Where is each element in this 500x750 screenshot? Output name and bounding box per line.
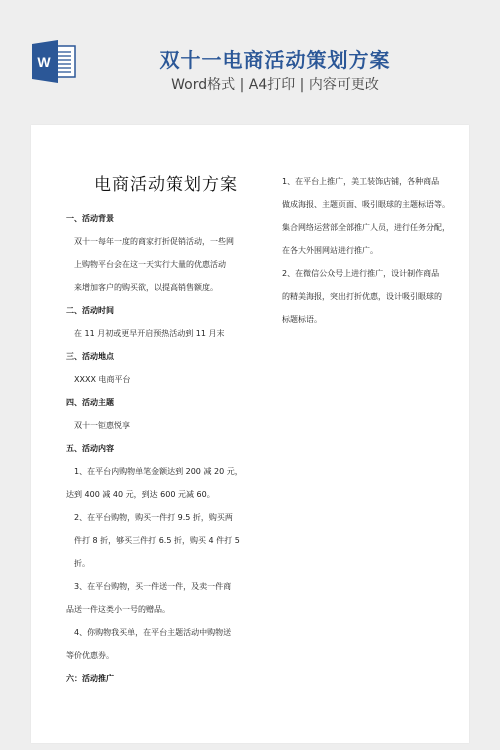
paragraph-line: 3、在平台购物，买一件送一件，及卖一件商 [66,575,266,598]
paragraph-line: 1、在平台内购物单笔金额达到 200 减 20 元， [66,460,266,483]
main-title: 双十一电商活动策划方案 [150,44,400,73]
paragraph-line: 等价优惠券。 [66,644,266,667]
left-column-body: 一、活动背景双十一每年一度的商家打折促销活动，一些网上购物平台会在这一天实行大量… [66,207,266,690]
paragraph-line: 4、你购物我买单，在平台主题活动中购物送 [66,621,266,644]
paragraph-line: 品送一件这类小一号的赠品。 [66,598,266,621]
document-page: 电商活动策划方案 一、活动背景双十一每年一度的商家打折促销活动，一些网上购物平台… [31,125,469,743]
paragraph-line: 上购物平台会在这一天实行大量的优惠活动 [66,253,266,276]
paragraph-line: 来增加客户的购买欲，以提高销售额度。 [66,276,266,299]
paragraph-line: 双十一钜惠悦享 [66,414,266,437]
header: W 双十一电商活动策划方案 Word格式 | A4打印 | 内容可更改 [0,0,500,120]
section-heading: 六：活动推广 [66,667,266,690]
section-heading: 五、活动内容 [66,437,266,460]
paragraph-line: 集合网络运营部全部推广人员，进行任务分配， [282,216,447,239]
paragraph-line: 1、在平台上推广，美工装饰店铺，各种商品 [282,170,447,193]
paragraph-line: XXXX 电商平台 [66,368,266,391]
section-heading: 二、活动时间 [66,299,266,322]
section-heading: 一、活动背景 [66,207,266,230]
paragraph-line: 双十一每年一度的商家打折促销活动，一些网 [66,230,266,253]
paragraph-line: 折。 [66,552,266,575]
left-column: 电商活动策划方案 一、活动背景双十一每年一度的商家打折促销活动，一些网上购物平台… [66,170,266,690]
paragraph-line: 在 11 月初或更早开启预热活动到 11 月末 [66,322,266,345]
subtitle: Word格式 | A4打印 | 内容可更改 [150,74,400,94]
paragraph-line: 标题标语。 [282,308,447,331]
right-column: 1、在平台上推广，美工装饰店铺，各种商品做成海报、主题页面、吸引眼球的主题标语等… [282,170,447,331]
paragraph-line: 做成海报、主题页面、吸引眼球的主题标语等。 [282,193,447,216]
paragraph-line: 2、在平台购物，购买一件打 9.5 折，购买两 [66,506,266,529]
paragraph-line: 达到 400 减 40 元，到达 600 元减 60。 [66,483,266,506]
svg-text:W: W [37,54,51,70]
paragraph-line: 在各大外围网站进行推广。 [282,239,447,262]
document-title: 电商活动策划方案 [66,170,266,195]
section-heading: 三、活动地点 [66,345,266,368]
paragraph-line: 件打 8 折，够买三件打 6.5 折，购买 4 件打 5 [66,529,266,552]
paragraph-line: 2、在微信公众号上进行推广，设计制作商品 [282,262,447,285]
section-heading: 四、活动主题 [66,391,266,414]
word-icon: W [32,40,77,83]
right-column-body: 1、在平台上推广，美工装饰店铺，各种商品做成海报、主题页面、吸引眼球的主题标语等… [282,170,447,331]
paragraph-line: 的精美海报，突出打折优惠，设计吸引眼球的 [282,285,447,308]
